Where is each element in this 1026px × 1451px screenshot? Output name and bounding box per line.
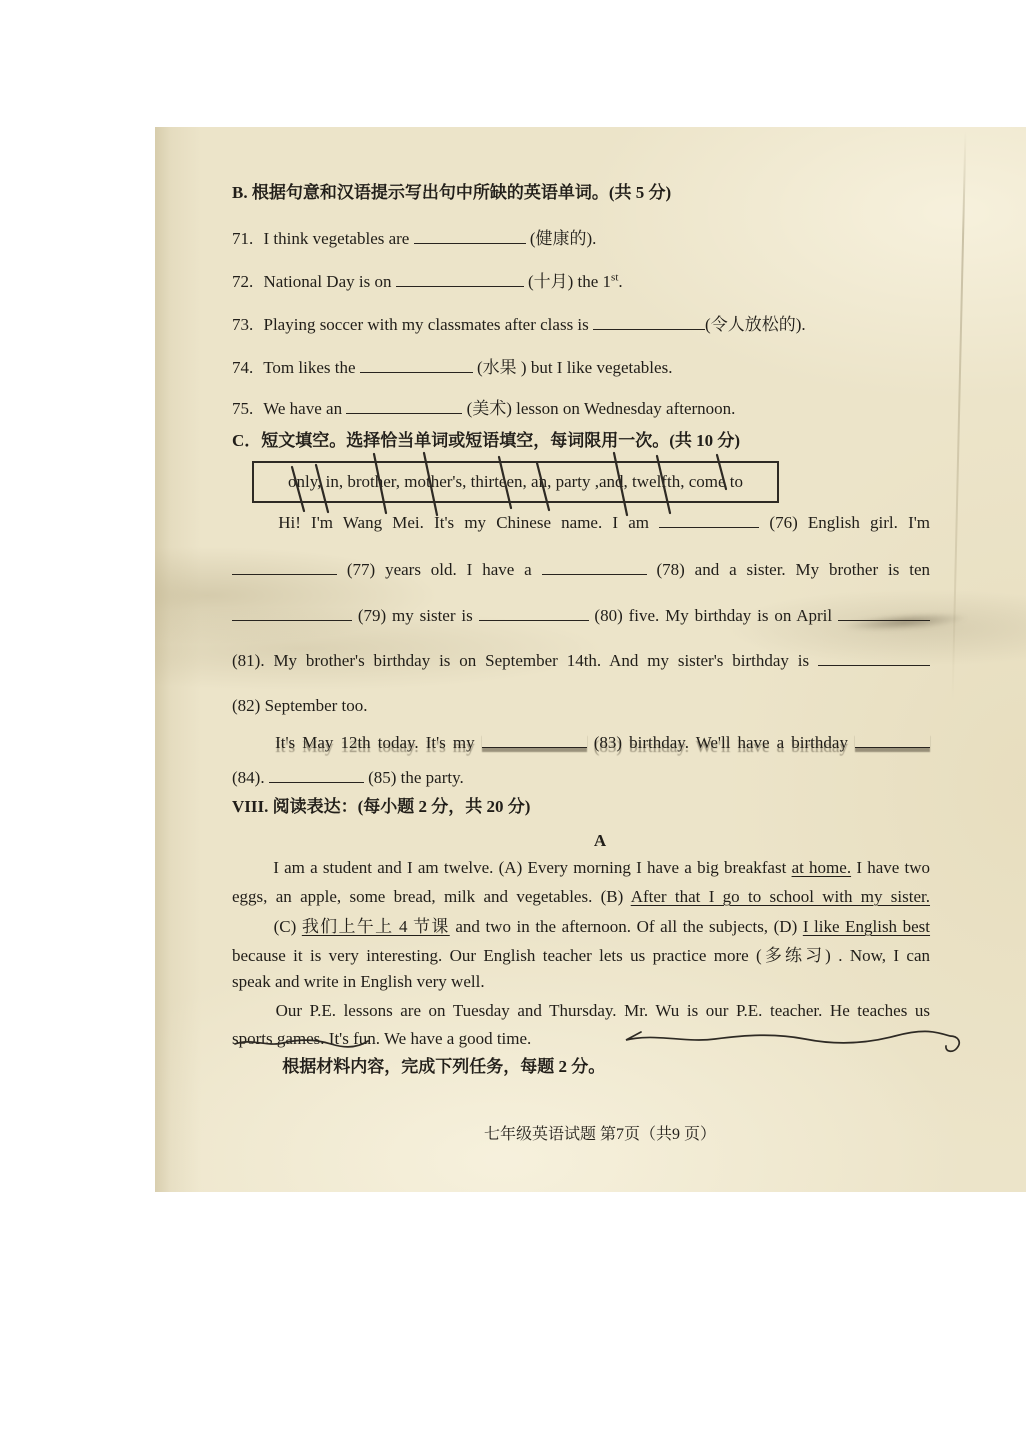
cloze-text: (81). My brother's birthday is on Septem… xyxy=(232,651,809,670)
cloze-line-6-ghost-print: It's May 12th today. It's my (83) birthd… xyxy=(232,732,930,754)
passage-line-4: because it is very interesting. Our Engl… xyxy=(232,945,930,967)
exam-paper-sheet: B. 根据句意和汉语提示写出句中所缺的英语单词。(共 5 分) 71. I th… xyxy=(155,127,1026,1192)
passage-line-1: I am a student and I am twelve. (A) Ever… xyxy=(232,857,930,879)
item-75-number: 75. xyxy=(232,399,253,418)
passage-text: I have two xyxy=(856,858,930,877)
cloze-text: (79) my sister is xyxy=(358,606,473,625)
item-72-number: 72. xyxy=(232,272,253,291)
item-72: 72. National Day is on (十月) the 1st. xyxy=(232,271,930,293)
item-75-hint: (美术) lesson on Wednesday afternoon. xyxy=(467,399,736,418)
cloze-line-1: Hi! I'm Wang Mei. It's my Chinese name. … xyxy=(232,512,930,534)
item-73-text: Playing soccer with my classmates after … xyxy=(264,315,589,334)
passage-line-2: eggs, an apple, some bread, milk and veg… xyxy=(232,886,930,908)
section-viii-title: VIII. 阅读表达：(每小题 2 分，共 20 分) xyxy=(232,796,930,818)
cloze-text: (77) years old. I have a xyxy=(347,560,532,579)
blank-76 xyxy=(659,512,759,528)
item-75: 75. We have an (美术) lesson on Wednesday … xyxy=(232,398,930,420)
item-71-blank xyxy=(414,228,526,244)
passage-line-6: Our P.E. lessons are on Tuesday and Thur… xyxy=(232,1000,930,1022)
underlined-phrase-a: at home. xyxy=(792,858,852,877)
passage-line-3: (C) 我们上午上 4 节课 and two in the afternoon.… xyxy=(232,916,930,938)
task-instruction: 根据材料内容，完成下列任务，每题 2 分。 xyxy=(232,1056,930,1078)
blank-80 xyxy=(479,605,589,621)
cloze-line-4: (81). My brother's birthday is on Septem… xyxy=(232,650,930,672)
cloze-text: (83) birthday. We'll have a birthday xyxy=(594,733,848,752)
item-74-number: 74. xyxy=(232,358,253,377)
cloze-text: (80) five. My birthday is on April xyxy=(594,606,832,625)
cloze-line-5: (82) September too. xyxy=(232,695,930,717)
item-71-number: 71. xyxy=(232,229,253,248)
cloze-text: (84). xyxy=(232,768,265,787)
underlined-phrase-c: 我们上午上 4 节课 xyxy=(302,917,450,936)
blank-82 xyxy=(818,650,930,666)
item-73: 73. Playing soccer with my classmates af… xyxy=(232,314,930,336)
blank-77 xyxy=(232,559,337,575)
section-b-title: B. 根据句意和汉语提示写出句中所缺的英语单词。(共 5 分) xyxy=(232,182,930,204)
scanned-exam-page: B. 根据句意和汉语提示写出句中所缺的英语单词。(共 5 分) 71. I th… xyxy=(0,0,1026,1451)
cloze-line-2: (77) years old. I have a (78) and a sist… xyxy=(232,559,930,581)
passage-line-5: speak and write in English very well. xyxy=(232,971,930,993)
blank-84 xyxy=(855,732,930,748)
cloze-text: (76) English girl. I'm xyxy=(769,513,930,532)
item-73-blank xyxy=(593,314,705,330)
cloze-text: (85) the party. xyxy=(368,768,464,787)
passage-text: and two in the afternoon. Of all the sub… xyxy=(455,917,797,936)
item-74-text: Tom likes the xyxy=(263,358,355,377)
passage-text: eggs, an apple, some bread, milk and veg… xyxy=(232,887,623,906)
underlined-phrase-d: I like English best xyxy=(803,917,930,936)
cloze-text: Hi! I'm Wang Mei. It's my Chinese name. … xyxy=(278,513,649,532)
item-72-blank xyxy=(396,271,524,287)
item-73-hint: (令人放松的). xyxy=(705,315,806,334)
item-72-hint: (十月) the 1st. xyxy=(528,272,623,291)
item-71-hint: (健康的). xyxy=(530,229,597,248)
item-75-blank xyxy=(346,398,462,414)
passage-text: Our P.E. lessons are on Tuesday and Thur… xyxy=(276,1001,930,1020)
item-74-hint: (水果 ) but I like vegetables. xyxy=(477,358,672,377)
blank-85 xyxy=(269,767,364,783)
item-75-text: We have an xyxy=(263,399,342,418)
passage-text: I am a student and I am twelve. (A) Ever… xyxy=(273,858,786,877)
item-72-text: National Day is on xyxy=(264,272,392,291)
blank-81 xyxy=(838,605,930,621)
item-71: 71. I think vegetables are (健康的). xyxy=(232,228,930,250)
blank-79 xyxy=(232,605,352,621)
cloze-text: (78) and a sister. My brother is ten xyxy=(656,560,930,579)
blank-83 xyxy=(482,732,587,748)
cloze-text: It's May 12th today. It's my xyxy=(275,733,475,752)
passage-text: (C) xyxy=(274,917,297,936)
item-74: 74. Tom likes the (水果 ) but I like veget… xyxy=(232,357,930,379)
cloze-line-7: (84). (85) the party. xyxy=(232,767,930,789)
item-71-text: I think vegetables are xyxy=(264,229,410,248)
passage-line-7: sports games. It's fun. We have a good t… xyxy=(232,1028,930,1050)
section-c-title: C．短文填空。选择恰当单词或短语填空，每词限用一次。(共 10 分) xyxy=(232,430,930,452)
underlined-phrase-b: After that I go to school with my sister… xyxy=(631,887,930,906)
passage-label-a: A xyxy=(251,830,949,852)
page-footer: 七年级英语试题 第7页（共9 页） xyxy=(251,1124,949,1146)
cloze-line-3: (79) my sister is (80) five. My birthday… xyxy=(232,605,930,627)
item-74-blank xyxy=(360,357,473,373)
blank-78 xyxy=(542,559,647,575)
word-bank-box: only, in, brother, mother's, thirteen, a… xyxy=(252,461,779,503)
item-73-number: 73. xyxy=(232,315,253,334)
